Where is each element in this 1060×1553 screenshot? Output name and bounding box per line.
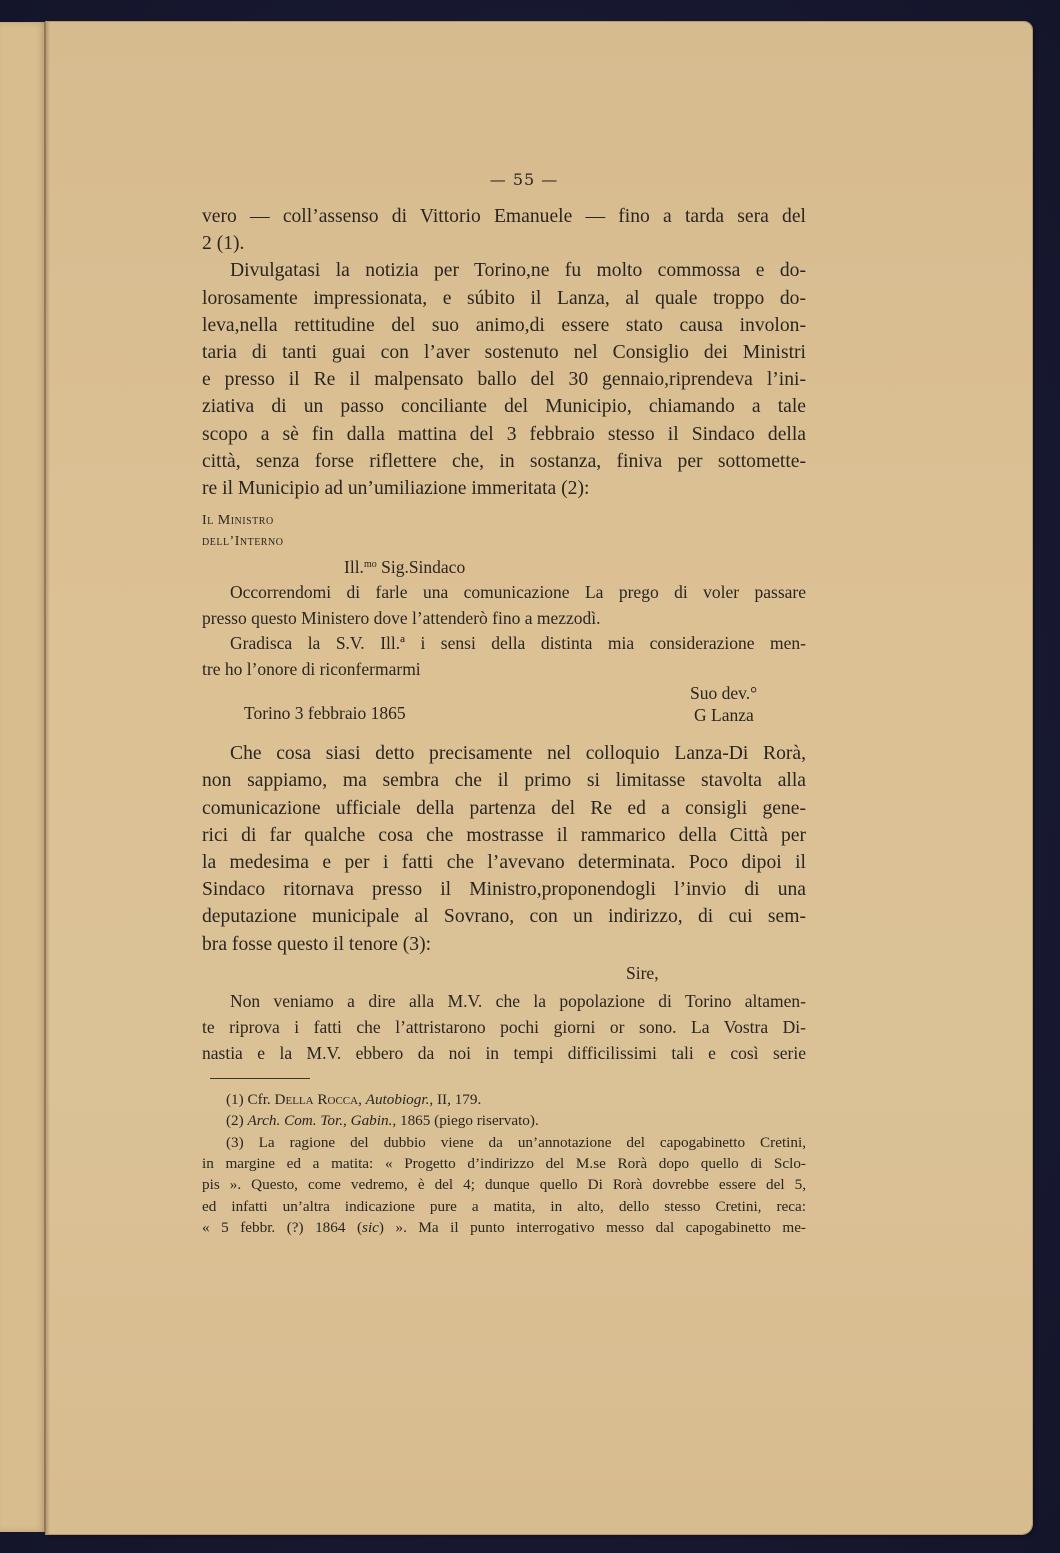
text-line: tre ho l’onore di riconfermarmi [202, 657, 806, 683]
text-line: Sindaco ritornava presso il Ministro,pro… [202, 876, 806, 903]
paragraph-3: Che cosa siasi detto precisamente nel co… [202, 740, 806, 958]
text-line: presso questo Ministero dove l’attenderò… [202, 606, 806, 632]
text-line: lorosamente impressionata, e súbito il L… [202, 285, 806, 312]
paragraph-1: vero — coll’assenso di Vittorio Emanuele… [202, 203, 806, 257]
page-content: — 55 — vero — coll’assenso di Vittorio E… [202, 170, 806, 1239]
letter-date: Torino 3 febbraio 1865 [244, 702, 406, 724]
text-line: e presso il Re il malpensato ballo del 3… [202, 366, 806, 393]
footnote-1: (1) Cfr. Della Rocca, Autobiogr., II, 17… [202, 1089, 806, 1110]
address-salutation: Sire, [202, 958, 806, 988]
text-line: Occorrendomi di farle una comunicazione … [202, 580, 806, 606]
page-number: — 55 — [242, 170, 806, 189]
text-line: te riprova i fatti che l’attristarono po… [202, 1014, 806, 1040]
text-line: pis ». Questo, come vedremo, è del 4; du… [202, 1174, 806, 1195]
text-line: Gradisca la S.V. Ill.ª i sensi della dis… [202, 631, 806, 657]
facing-page-edge [0, 22, 47, 1532]
text-line: « 5 febbr. (?) 1864 (sic) ». Ma il punto… [202, 1217, 806, 1238]
letter-header: Il Ministro dell’Interno [202, 510, 806, 552]
letter-header-line: Il Ministro [202, 510, 806, 531]
paragraph-2: Divulgatasi la notizia per Torino,ne fu … [202, 257, 806, 502]
text-line: ed infatti un’altra indicazione pure a m… [202, 1196, 806, 1217]
letter-body: Occorrendomi di farle una comunicazione … [202, 580, 806, 682]
text-line: re il Municipio ad un’umiliazione immeri… [202, 475, 806, 502]
text-line: Che cosa siasi detto precisamente nel co… [202, 740, 806, 767]
text-line: taria di tanti guai con l’aver sostenuto… [202, 339, 806, 366]
footnotes: (1) Cfr. Della Rocca, Autobiogr., II, 17… [202, 1089, 806, 1239]
text-line: la medesima e per i fatti che l’avevano … [202, 849, 806, 876]
binding-shadow [44, 22, 50, 1534]
letter-signature: Suo dev.° G Lanza [690, 682, 757, 726]
letter-salutation: Ill.mo Sig.Sindaco [202, 552, 806, 580]
text-line: rici di far qualche cosa che mostrasse i… [202, 822, 806, 849]
text-line: vero — coll’assenso di Vittorio Emanuele… [202, 203, 806, 230]
text-line: (3) La ragione del dubbio viene da un’an… [202, 1132, 806, 1153]
footnote-divider [210, 1078, 310, 1079]
text-line: deputazione municipale al Sovrano, con u… [202, 903, 806, 930]
footnote-2: (2) Arch. Com. Tor., Gabin., 1865 (piego… [202, 1110, 806, 1131]
text-line: in margine ed a matita: « Progetto d’ind… [202, 1153, 806, 1174]
text-line: Divulgatasi la notizia per Torino,ne fu … [202, 257, 806, 284]
spacer [202, 726, 806, 740]
text-line: scopo a sè fin dalla mattina del 3 febbr… [202, 421, 806, 448]
text-line: non sappiamo, ma sembra che il primo si … [202, 767, 806, 794]
letter-closing: Suo dev.° [690, 682, 757, 704]
text-line: bra fosse questo il tenore (3): [202, 931, 806, 958]
text-line: leva,nella rettitudine del suo animo,di … [202, 312, 806, 339]
letter-header-line: dell’Interno [202, 531, 806, 552]
address-body: Non veniamo a dire alla M.V. che la popo… [202, 988, 806, 1066]
letter-signature-row: Torino 3 febbraio 1865 Suo dev.° G Lanza [202, 682, 806, 726]
book-page: — 55 — vero — coll’assenso di Vittorio E… [46, 22, 1032, 1534]
footnote-3: (3) La ragione del dubbio viene da un’an… [202, 1132, 806, 1239]
letter-signer: G Lanza [690, 704, 757, 726]
text-line: Non veniamo a dire alla M.V. che la popo… [202, 988, 806, 1014]
text-line: nastia e la M.V. ebbero da noi in tempi … [202, 1040, 806, 1066]
text-line: comunicazione ufficiale della partenza d… [202, 795, 806, 822]
text-line: ziativa di un passo conciliante del Muni… [202, 393, 806, 420]
text-line: 2 (1). [202, 230, 806, 257]
text-line: città, senza forse riflettere che, in so… [202, 448, 806, 475]
